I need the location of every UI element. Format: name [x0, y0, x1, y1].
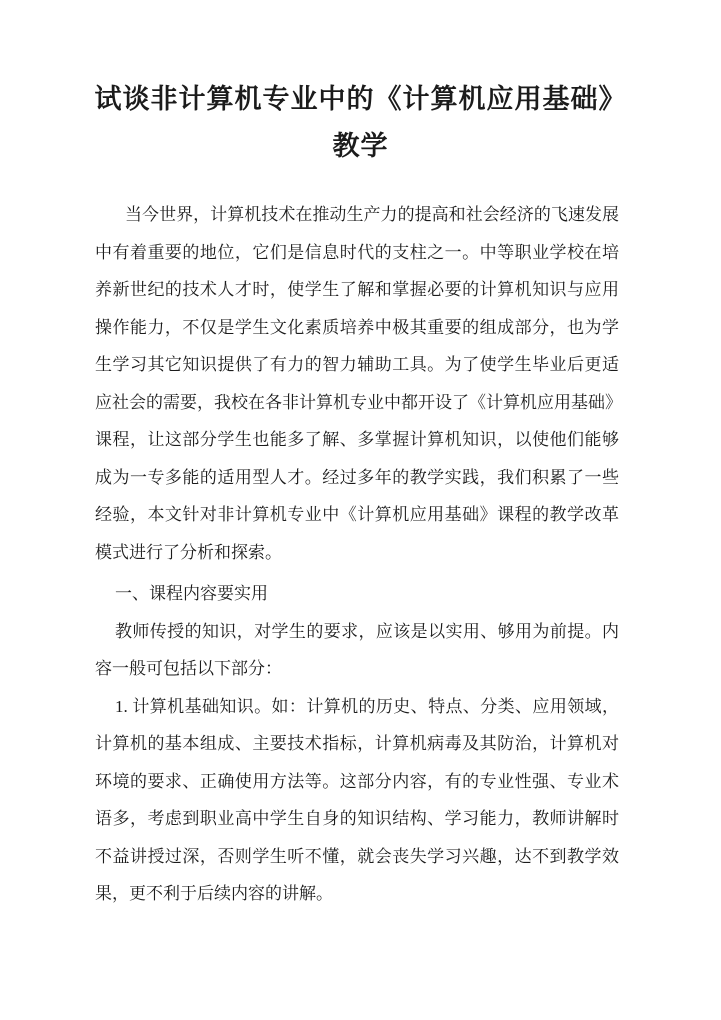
text-line: 1. 计算机基础知识。如：计算机的历史、特点、分类、应用领域， — [95, 688, 619, 726]
text-line: 生学习其它知识提供了有力的智力辅助工具。为了使学生毕业后更适 — [95, 346, 619, 384]
paragraph-3: 1. 计算机基础知识。如：计算机的历史、特点、分类、应用领域， 计算机的基本组成… — [95, 688, 619, 913]
text-line: 当今世界，计算机技术在推动生产力的提高和社会经济的飞速发展 — [95, 196, 619, 234]
document-title: 试谈非计算机专业中的《计算机应用基础》 教学 — [0, 0, 721, 170]
text-line: 操作能力，不仅是学生文化素质培养中极其重要的组成部分，也为学 — [95, 309, 619, 347]
text-line: 模式进行了分析和探索。 — [95, 534, 619, 572]
paragraph-intro: 当今世界，计算机技术在推动生产力的提高和社会经济的飞速发展 中有着重要的地位，它… — [95, 196, 619, 571]
text-line: 语多，考虑到职业高中学生自身的知识结构、学习能力，教师讲解时 — [95, 800, 619, 838]
text-line: 教师传授的知识，对学生的要求，应该是以实用、够用为前提。内 — [95, 613, 619, 651]
text-line: 中有着重要的地位，它们是信息时代的支柱之一。中等职业学校在培 — [95, 234, 619, 272]
text-line: 应社会的需要，我校在各非计算机专业中都开设了《计算机应用基础》 — [95, 384, 619, 422]
text-line: 环境的要求、正确使用方法等。这部分内容，有的专业性强、专业术 — [95, 763, 619, 801]
text-line: 不益讲授过深，否则学生听不懂，就会丧失学习兴趣，达不到教学效 — [95, 838, 619, 876]
text-line: 计算机的基本组成、主要技术指标，计算机病毒及其防治，计算机对 — [95, 725, 619, 763]
heading-line: 一、课程内容要实用 — [95, 575, 619, 613]
document-body: 当今世界，计算机技术在推动生产力的提高和社会经济的飞速发展 中有着重要的地位，它… — [95, 196, 619, 913]
text-line: 课程，让这部分学生也能多了解、多掌握计算机知识，以使他们能够 — [95, 421, 619, 459]
text-line: 成为一专多能的适用型人才。经过多年的教学实践，我们积累了一些 — [95, 459, 619, 497]
text-line: 果，更不利于后续内容的讲解。 — [95, 875, 619, 913]
title-line-2: 教学 — [0, 123, 721, 170]
section-heading-1: 一、课程内容要实用 — [95, 575, 619, 613]
text-line: 容一般可包括以下部分： — [95, 650, 619, 688]
paragraph-2: 教师传授的知识，对学生的要求，应该是以实用、够用为前提。内 容一般可包括以下部分… — [95, 613, 619, 688]
text-line: 养新世纪的技术人才时，使学生了解和掌握必要的计算机知识与应用 — [95, 271, 619, 309]
text-line: 经验，本文针对非计算机专业中《计算机应用基础》课程的教学改革 — [95, 496, 619, 534]
document-page: 试谈非计算机专业中的《计算机应用基础》 教学 当今世界，计算机技术在推动生产力的… — [0, 0, 721, 1020]
title-line-1: 试谈非计算机专业中的《计算机应用基础》 — [0, 76, 721, 123]
